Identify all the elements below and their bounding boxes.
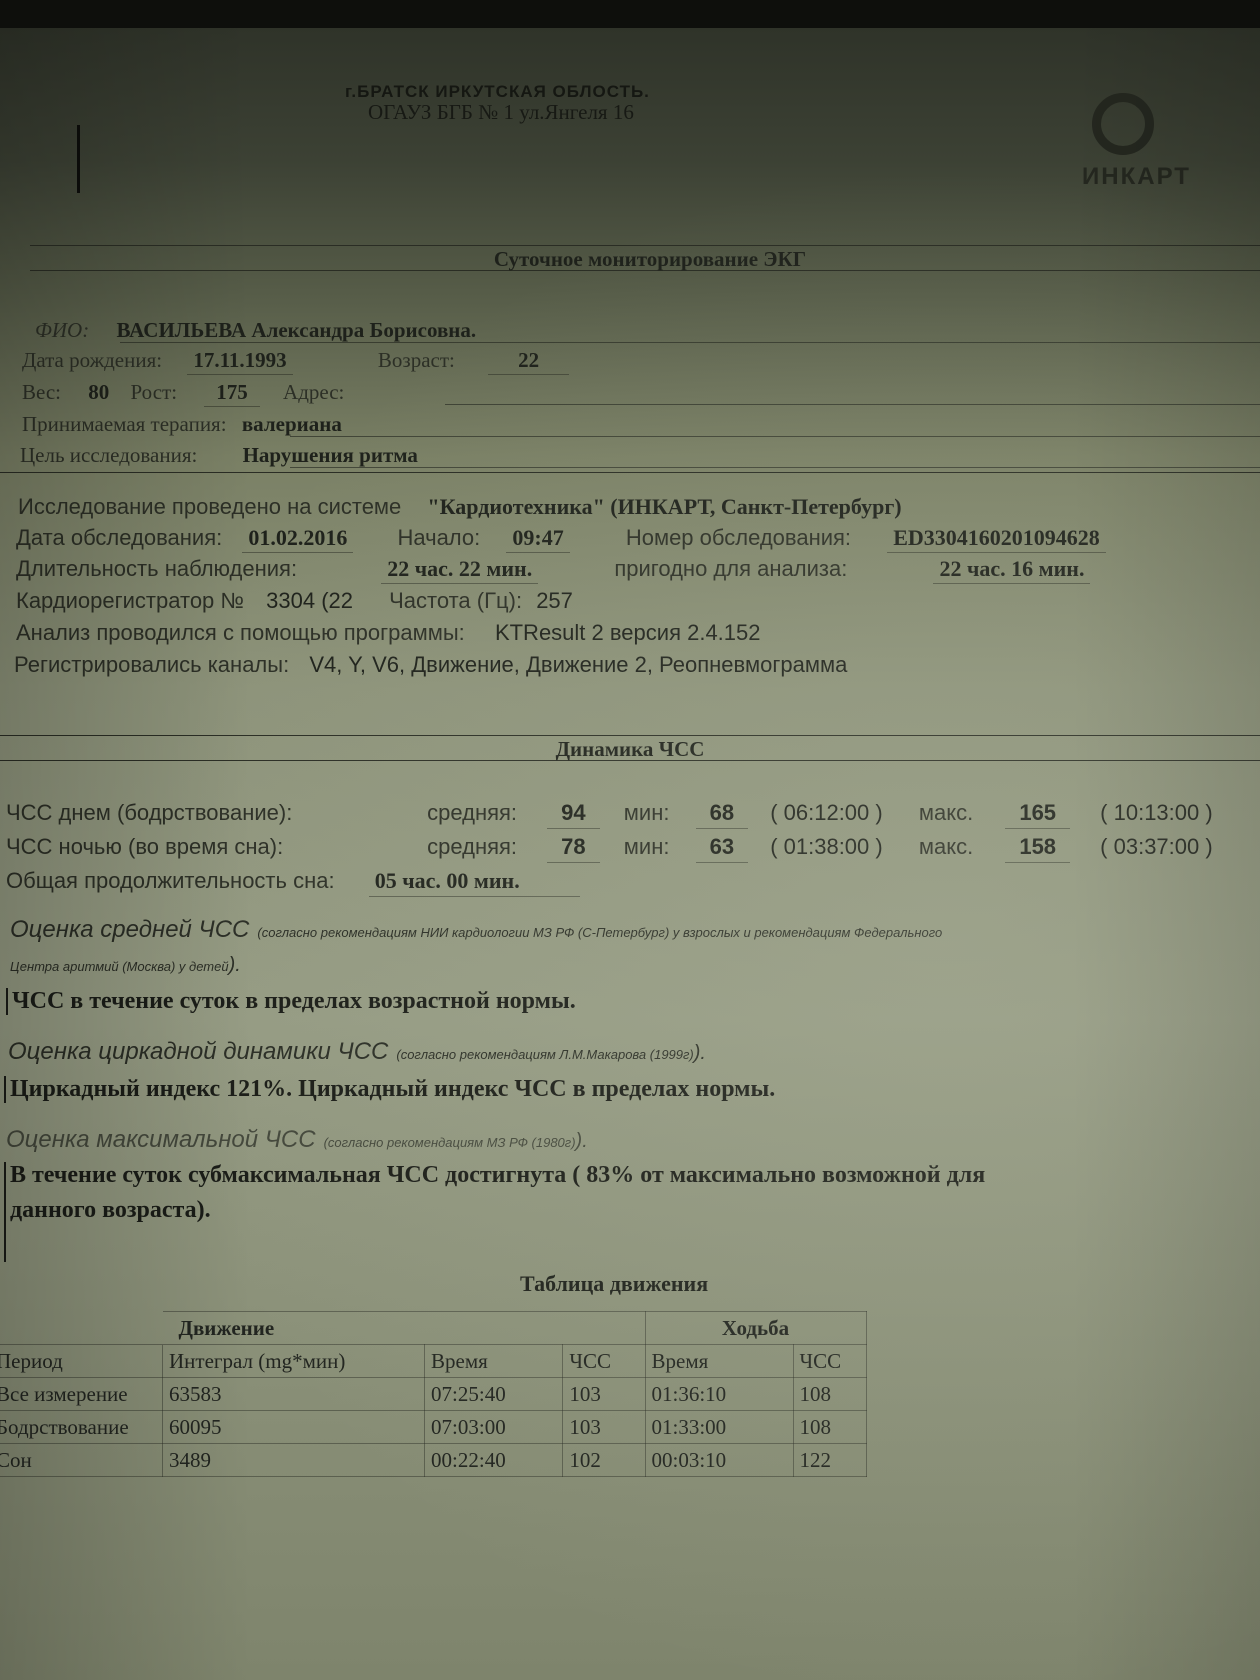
weight-value: 80 bbox=[88, 380, 109, 404]
assessment-avg-note-cont: Центра аритмий (Москва) у детей). bbox=[10, 954, 241, 977]
study-number-label: Номер обследования: bbox=[626, 525, 851, 550]
program-label: Анализ проводился с помощью программы: bbox=[16, 620, 465, 645]
hr-night-avg-label: средняя: bbox=[427, 834, 517, 859]
hr-day-avg-label: средняя: bbox=[427, 800, 517, 825]
duration-label: Длительность наблюдения: bbox=[16, 556, 297, 581]
assessment-avg-note: (согласно рекомендациям НИИ кардиологии … bbox=[257, 925, 942, 940]
assessment-max-conclusion-line1: В течение суток субмаксимальная ЧСС дост… bbox=[10, 1162, 985, 1189]
study-date-row: Дата обследования: 01.02.2016 Начало: 09… bbox=[16, 525, 1106, 551]
height-label: Рост: bbox=[131, 380, 178, 404]
sleep-label: Общая продолжительность сна: bbox=[6, 868, 335, 893]
header-city-region: г.БРАТСК ИРКУТСКАЯ ОБЛОСТЬ. bbox=[345, 82, 650, 102]
patient-name: ВАСИЛЬЕВА Александра Борисовна. bbox=[116, 318, 476, 342]
hr-day-label: ЧСС днем (бодрствование): bbox=[6, 800, 421, 826]
cell-period: Все измерение bbox=[0, 1378, 163, 1411]
table-row: Все измерение 63583 07:25:40 103 01:36:1… bbox=[0, 1378, 866, 1411]
system-label: Исследование проведено на системе bbox=[18, 494, 401, 519]
hr-day-min: 68 bbox=[696, 800, 748, 829]
purpose-row: Цель исследования: Нарушения ритма bbox=[20, 443, 418, 468]
duration-row: Длительность наблюдения: 22 час. 22 мин.… bbox=[16, 556, 1090, 582]
group-movement: Движение bbox=[163, 1312, 646, 1345]
hr-day-min-time: ( 06:12:00 ) bbox=[770, 800, 883, 825]
inkart-logo: ИНКАРТ bbox=[1082, 93, 1222, 193]
hr-section-title: Динамика ЧСС bbox=[0, 737, 1260, 762]
sleep-value: 05 час. 00 мин. bbox=[369, 868, 580, 897]
cell-move-hr: 102 bbox=[563, 1444, 645, 1477]
assessment-circadian: Оценка циркадной динамики ЧСС (согласно … bbox=[8, 1038, 706, 1066]
cell-move-time: 00:22:40 bbox=[425, 1444, 563, 1477]
hr-day-max: 165 bbox=[1005, 800, 1070, 829]
recorder-label: Кардиорегистратор № bbox=[16, 588, 244, 613]
cell-walk-hr: 108 bbox=[793, 1411, 866, 1444]
hr-night-row: ЧСС ночью (во время сна): средняя: 78 ми… bbox=[6, 834, 1260, 860]
study-number-value: ED3304160201094628 bbox=[887, 525, 1106, 553]
channels-value: V4, Y, V6, Движение, Движение 2, Реопнев… bbox=[309, 652, 847, 677]
system-value: "Кардиотехника" (ИНКАРТ, Санкт-Петербург… bbox=[427, 494, 901, 519]
table-row: Сон 3489 00:22:40 102 00:03:10 122 bbox=[0, 1444, 866, 1477]
usable-label: пригодно для анализа: bbox=[614, 556, 847, 581]
movement-table: Движение Ходьба Период Интеграл (mg*мин)… bbox=[0, 1311, 867, 1477]
channels-label: Регистрировались каналы: bbox=[14, 652, 289, 677]
hr-night-min: 63 bbox=[696, 834, 748, 863]
hr-night-max: 158 bbox=[1005, 834, 1070, 863]
col-integral: Интеграл (mg*мин) bbox=[163, 1345, 425, 1378]
assessment-circadian-note: (согласно рекомендациям Л.М.Макарова (19… bbox=[396, 1047, 693, 1062]
age-label: Возраст: bbox=[378, 348, 455, 372]
margin-mark bbox=[77, 125, 80, 193]
hr-day-max-label: макс. bbox=[919, 800, 973, 825]
col-move-time: Время bbox=[425, 1345, 563, 1378]
col-walk-time: Время bbox=[645, 1345, 793, 1378]
inkart-logo-icon bbox=[1092, 93, 1154, 155]
col-move-hr: ЧСС bbox=[563, 1345, 645, 1378]
recorder-row: Кардиорегистратор № 3304 (22 Частота (Гц… bbox=[16, 588, 573, 614]
movement-table-header: Период Интеграл (mg*мин) Время ЧСС Время… bbox=[0, 1345, 866, 1378]
assessment-circadian-heading: Оценка циркадной динамики ЧСС bbox=[8, 1038, 388, 1065]
col-walk-hr: ЧСС bbox=[793, 1345, 866, 1378]
col-period: Период bbox=[0, 1345, 163, 1378]
cell-move-time: 07:25:40 bbox=[425, 1378, 563, 1411]
weight-label: Вес: bbox=[22, 380, 61, 404]
name-label: ФИО: bbox=[35, 318, 89, 342]
movement-table-title: Таблица движения bbox=[520, 1271, 708, 1297]
assessment-avg-note2: Центра аритмий (Москва) у детей bbox=[10, 959, 229, 974]
program-row: Анализ проводился с помощью программы: K… bbox=[16, 620, 761, 646]
hr-day-avg: 94 bbox=[547, 800, 599, 829]
assessment-max-heading: Оценка максимальной ЧСС bbox=[6, 1126, 316, 1153]
assessment-max-note: (согласно рекомендациям МЗ РФ (1980г) bbox=[324, 1135, 576, 1150]
therapy-row: Принимаемая терапия: валериана bbox=[22, 412, 342, 437]
hr-night-max-label: макс. bbox=[919, 834, 973, 859]
start-label: Начало: bbox=[397, 525, 480, 550]
assessment-avg-hr: Оценка средней ЧСС (согласно рекомендаци… bbox=[10, 916, 942, 944]
group-walking: Ходьба bbox=[645, 1312, 866, 1345]
report-title-band: Суточное мониторирование ЭКГ bbox=[30, 245, 1260, 271]
sleep-row: Общая продолжительность сна: 05 час. 00 … bbox=[6, 868, 580, 894]
height-value: 175 bbox=[204, 380, 260, 407]
usable-value: 22 час. 16 мин. bbox=[933, 556, 1090, 584]
cell-integral: 60095 bbox=[163, 1411, 425, 1444]
assessment-circadian-conclusion: Циркадный индекс 121%. Циркадный индекс … bbox=[4, 1076, 775, 1103]
start-value: 09:47 bbox=[506, 525, 569, 553]
dob-value: 17.11.1993 bbox=[187, 348, 292, 375]
therapy-label: Принимаемая терапия: bbox=[22, 412, 227, 436]
hr-day-max-time: ( 10:13:00 ) bbox=[1100, 800, 1213, 825]
duration-value: 22 час. 22 мин. bbox=[381, 556, 538, 584]
address-label: Адрес: bbox=[283, 380, 344, 404]
cell-walk-time: 01:36:10 bbox=[645, 1378, 793, 1411]
cell-period: Бодрствование bbox=[0, 1411, 163, 1444]
hr-section-band: Динамика ЧСС bbox=[0, 735, 1260, 761]
cell-move-hr: 103 bbox=[563, 1378, 645, 1411]
header-organization: ОГАУЗ БГБ № 1 ул.Янгеля 16 bbox=[368, 100, 634, 125]
program-value: KTResult 2 версия 2.4.152 bbox=[495, 620, 761, 645]
report-page: г.БРАТСК ИРКУТСКАЯ ОБЛОСТЬ. ОГАУЗ БГБ № … bbox=[0, 28, 1260, 1680]
freq-value: 257 bbox=[536, 588, 573, 613]
hr-night-label: ЧСС ночью (во время сна): bbox=[6, 834, 421, 860]
cell-move-hr: 103 bbox=[563, 1411, 645, 1444]
patient-name-row: ФИО: ВАСИЛЬЕВА Александра Борисовна. bbox=[35, 318, 476, 343]
assessment-avg-conclusion: ЧСС в течение суток в пределах возрастно… bbox=[6, 988, 576, 1015]
hr-day-row: ЧСС днем (бодрствование): средняя: 94 ми… bbox=[6, 800, 1260, 826]
age-value: 22 bbox=[488, 348, 569, 375]
study-date-value: 01.02.2016 bbox=[242, 525, 353, 553]
hr-night-max-time: ( 03:37:00 ) bbox=[1100, 834, 1213, 859]
assessment-max-hr: Оценка максимальной ЧСС (согласно рекоме… bbox=[6, 1126, 588, 1154]
freq-label: Частота (Гц): bbox=[389, 588, 522, 613]
assessment-max-conclusion-line2: данного возраста). bbox=[10, 1197, 985, 1224]
hr-night-min-label: мин: bbox=[624, 834, 670, 859]
study-date-label: Дата обследования: bbox=[16, 525, 222, 550]
cell-integral: 63583 bbox=[163, 1378, 425, 1411]
table-row: Бодрствование 60095 07:03:00 103 01:33:0… bbox=[0, 1411, 866, 1444]
report-title: Суточное мониторирование ЭКГ bbox=[30, 247, 1260, 272]
hr-night-avg: 78 bbox=[547, 834, 599, 863]
assessment-max-conclusion: В течение суток субмаксимальная ЧСС дост… bbox=[4, 1162, 985, 1262]
hr-night-min-time: ( 01:38:00 ) bbox=[770, 834, 883, 859]
hr-day-min-label: мин: bbox=[624, 800, 670, 825]
cell-walk-time: 01:33:00 bbox=[645, 1411, 793, 1444]
movement-table-group-header: Движение Ходьба bbox=[0, 1312, 866, 1345]
cell-walk-hr: 122 bbox=[793, 1444, 866, 1477]
cell-walk-hr: 108 bbox=[793, 1378, 866, 1411]
weight-row: Вес: 80 Рост: 175 Адрес: bbox=[22, 380, 344, 405]
cell-walk-time: 00:03:10 bbox=[645, 1444, 793, 1477]
system-row: Исследование проведено на системе "Карди… bbox=[18, 494, 902, 520]
purpose-label: Цель исследования: bbox=[20, 443, 197, 467]
cell-period: Сон bbox=[0, 1444, 163, 1477]
dob-row: Дата рождения: 17.11.1993 Возраст: 22 bbox=[22, 348, 569, 373]
cell-move-time: 07:03:00 bbox=[425, 1411, 563, 1444]
recorder-value: 3304 (22 bbox=[266, 588, 353, 613]
logo-text: ИНКАРТ bbox=[1082, 163, 1191, 191]
channels-row: Регистрировались каналы: V4, Y, V6, Движ… bbox=[14, 652, 847, 678]
cell-integral: 3489 bbox=[163, 1444, 425, 1477]
therapy-value: валериана bbox=[242, 412, 342, 436]
assessment-avg-heading: Оценка средней ЧСС bbox=[10, 916, 249, 943]
purpose-value: Нарушения ритма bbox=[243, 443, 418, 467]
dob-label: Дата рождения: bbox=[22, 348, 162, 372]
